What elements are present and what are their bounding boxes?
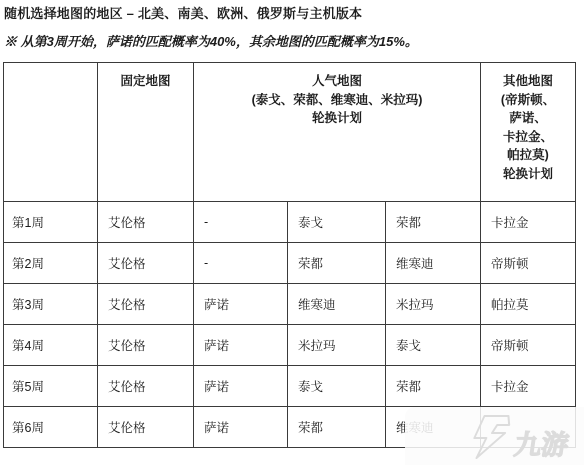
map-cell: 帝斯顿 [481,243,576,284]
map-cell: 荣都 [288,407,386,448]
header-line: 轮换计划 [483,165,573,184]
map-cell: - [194,202,288,243]
header-line: 轮换计划 [196,109,478,128]
week-cell: 第3周 [4,284,98,325]
table-row: 第4周 艾伦格 萨诺 米拉玛 泰戈 帝斯顿 [4,325,576,366]
map-cell: 艾伦格 [98,202,194,243]
map-cell: 荣都 [386,366,481,407]
table-row: 第5周 艾伦格 萨诺 泰戈 荣都 卡拉金 [4,366,576,407]
week-cell: 第6周 [4,407,98,448]
week-cell: 第1周 [4,202,98,243]
map-cell: 艾伦格 [98,366,194,407]
map-cell: 卡拉金 [481,366,576,407]
map-cell: 维寒迪 [386,243,481,284]
map-cell: 艾伦格 [98,284,194,325]
header-line: (泰戈、荣都、维寒迪、米拉玛) [196,91,478,110]
nine-game-logo-icon: 九游 [471,412,583,462]
header-popular-maps: 人气地图 (泰戈、荣都、维寒迪、米拉玛) 轮换计划 [194,63,481,202]
header-line: 其他地图 [483,72,573,91]
map-cell: 米拉玛 [386,284,481,325]
header-line: 帕拉莫) [483,146,573,165]
table-header-row: 固定地图 人气地图 (泰戈、荣都、维寒迪、米拉玛) 轮换计划 其他地图 (帝斯顿… [4,63,576,202]
map-cell: 米拉玛 [288,325,386,366]
watermark-g-icon [472,416,511,458]
map-cell: 荣都 [386,202,481,243]
week-cell: 第4周 [4,325,98,366]
watermark-overlay: 九游 [405,407,584,465]
page-note: ※ 从第3周开始，萨诺的匹配概率为40%，其余地图的匹配概率为15%。 [4,34,584,50]
map-cell: 帝斯顿 [481,325,576,366]
week-cell: 第5周 [4,366,98,407]
map-rotation-table: 固定地图 人气地图 (泰戈、荣都、维寒迪、米拉玛) 轮换计划 其他地图 (帝斯顿… [3,62,576,448]
map-cell: 萨诺 [194,284,288,325]
table-row: 第2周 艾伦格 - 荣都 维寒迪 帝斯顿 [4,243,576,284]
header-line: (帝斯顿、 [483,91,573,110]
map-cell: 帕拉莫 [481,284,576,325]
map-cell: 萨诺 [194,325,288,366]
map-cell: 荣都 [288,243,386,284]
header-line: 卡拉金、 [483,128,573,147]
header-line: 人气地图 [196,72,478,91]
map-cell: 维寒迪 [288,284,386,325]
map-cell: 泰戈 [386,325,481,366]
table-row: 第3周 艾伦格 萨诺 维寒迪 米拉玛 帕拉莫 [4,284,576,325]
week-cell: 第2周 [4,243,98,284]
watermark-text: 九游 [512,429,570,460]
map-cell: 泰戈 [288,202,386,243]
table-row: 第1周 艾伦格 - 泰戈 荣都 卡拉金 [4,202,576,243]
map-cell: 艾伦格 [98,325,194,366]
map-cell: 萨诺 [194,366,288,407]
page-title: 随机选择地图的地区 – 北美、南美、欧洲、俄罗斯与主机版本 [4,6,584,22]
map-cell: 卡拉金 [481,202,576,243]
map-cell: 艾伦格 [98,243,194,284]
map-cell: 萨诺 [194,407,288,448]
map-cell: 艾伦格 [98,407,194,448]
header-week-cell [4,63,98,202]
header-other-maps: 其他地图 (帝斯顿、 萨诺、 卡拉金、 帕拉莫) 轮换计划 [481,63,576,202]
map-cell: - [194,243,288,284]
map-cell: 泰戈 [288,366,386,407]
header-line: 萨诺、 [483,109,573,128]
header-fixed-map: 固定地图 [98,63,194,202]
